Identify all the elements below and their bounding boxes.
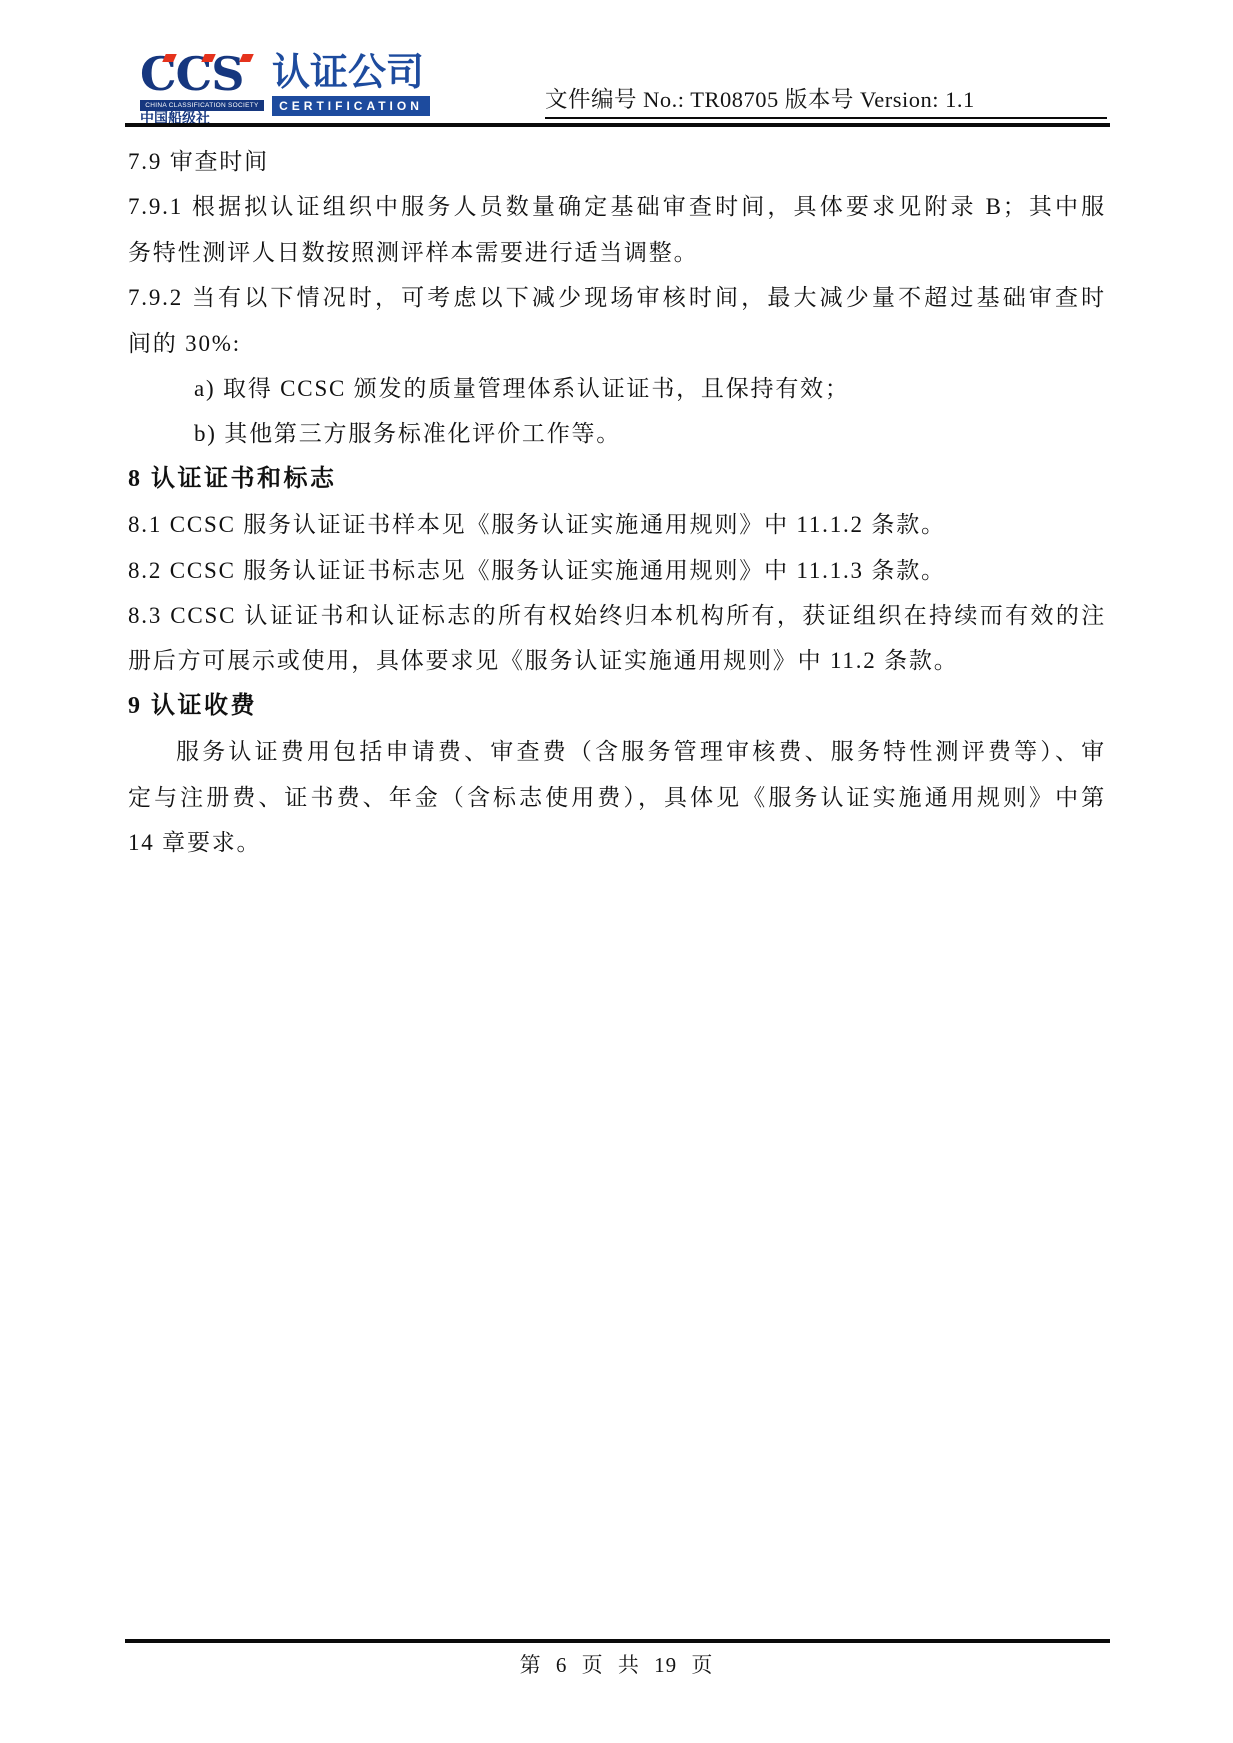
header-divider — [125, 123, 1110, 127]
body-line: 务特性测评人日数按照测评样本需要进行适当调整。 — [128, 230, 1106, 275]
ccs-red-accent-icon — [239, 54, 254, 62]
ccs-english-banner: CHINA CLASSIFICATION SOCIETY — [140, 100, 264, 111]
body-line: 7.9.1 根据拟认证组织中服务人员数量确定基础审查时间，具体要求见附录 B；其… — [128, 184, 1106, 229]
brand-english-label: CERTIFICATION — [272, 96, 430, 116]
body-line: 14 章要求。 — [128, 820, 1106, 865]
body-line: 7.9 审查时间 — [128, 139, 1106, 184]
body-line-item-a: a) 取得 CCSC 颁发的质量管理体系认证证书，且保持有效； — [128, 366, 1106, 411]
body-line: 7.9.2 当有以下情况时，可考虑以下减少现场审核时间，最大减少量不超过基础审查… — [128, 275, 1106, 320]
body-line: 定与注册费、证书费、年金（含标志使用费），具体见《服务认证实施通用规则》中第 — [128, 775, 1106, 820]
ccs-logo-text: CCS — [140, 47, 243, 101]
page-number: 第 6 页 共 19 页 — [0, 1649, 1233, 1679]
body-line: 8.3 CCSC 认证证书和认证标志的所有权始终归本机构所有，获证组织在持续而有… — [128, 593, 1106, 638]
body-line: 服务认证费用包括申请费、审查费（含服务管理审核费、服务特性测评费等）、审 — [128, 729, 1106, 774]
certification-brand: 认证公司 CERTIFICATION — [272, 52, 430, 116]
document-body: 7.9 审查时间 7.9.1 根据拟认证组织中服务人员数量确定基础审查时间，具体… — [128, 139, 1106, 866]
ccs-logo: CCS CHINA CLASSIFICATION SOCIETY 中国船级社 — [140, 52, 264, 127]
body-line: 8.2 CCSC 服务认证证书标志见《服务认证实施通用规则》中 11.1.3 条… — [128, 548, 1106, 593]
body-line-item-b: b) 其他第三方服务标准化评价工作等。 — [128, 411, 1106, 456]
brand-chinese-label: 认证公司 — [272, 52, 430, 94]
section-heading-9: 9 认证收费 — [128, 684, 1106, 729]
section-heading-8: 8 认证证书和标志 — [128, 457, 1106, 502]
document-number: 文件编号 No.: TR08705 版本号 Version: 1.1 — [545, 86, 1107, 119]
body-line: 册后方可展示或使用，具体要求见《服务认证实施通用规则》中 11.2 条款。 — [128, 638, 1106, 683]
body-line: 间的 30%: — [128, 321, 1106, 366]
footer-divider — [125, 1639, 1110, 1643]
ccs-logo-letters: CCS — [140, 52, 264, 98]
body-line: 8.1 CCSC 服务认证证书样本见《服务认证实施通用规则》中 11.1.2 条… — [128, 502, 1106, 547]
document-page: CCS CHINA CLASSIFICATION SOCIETY 中国船级社 认… — [0, 0, 1233, 1743]
